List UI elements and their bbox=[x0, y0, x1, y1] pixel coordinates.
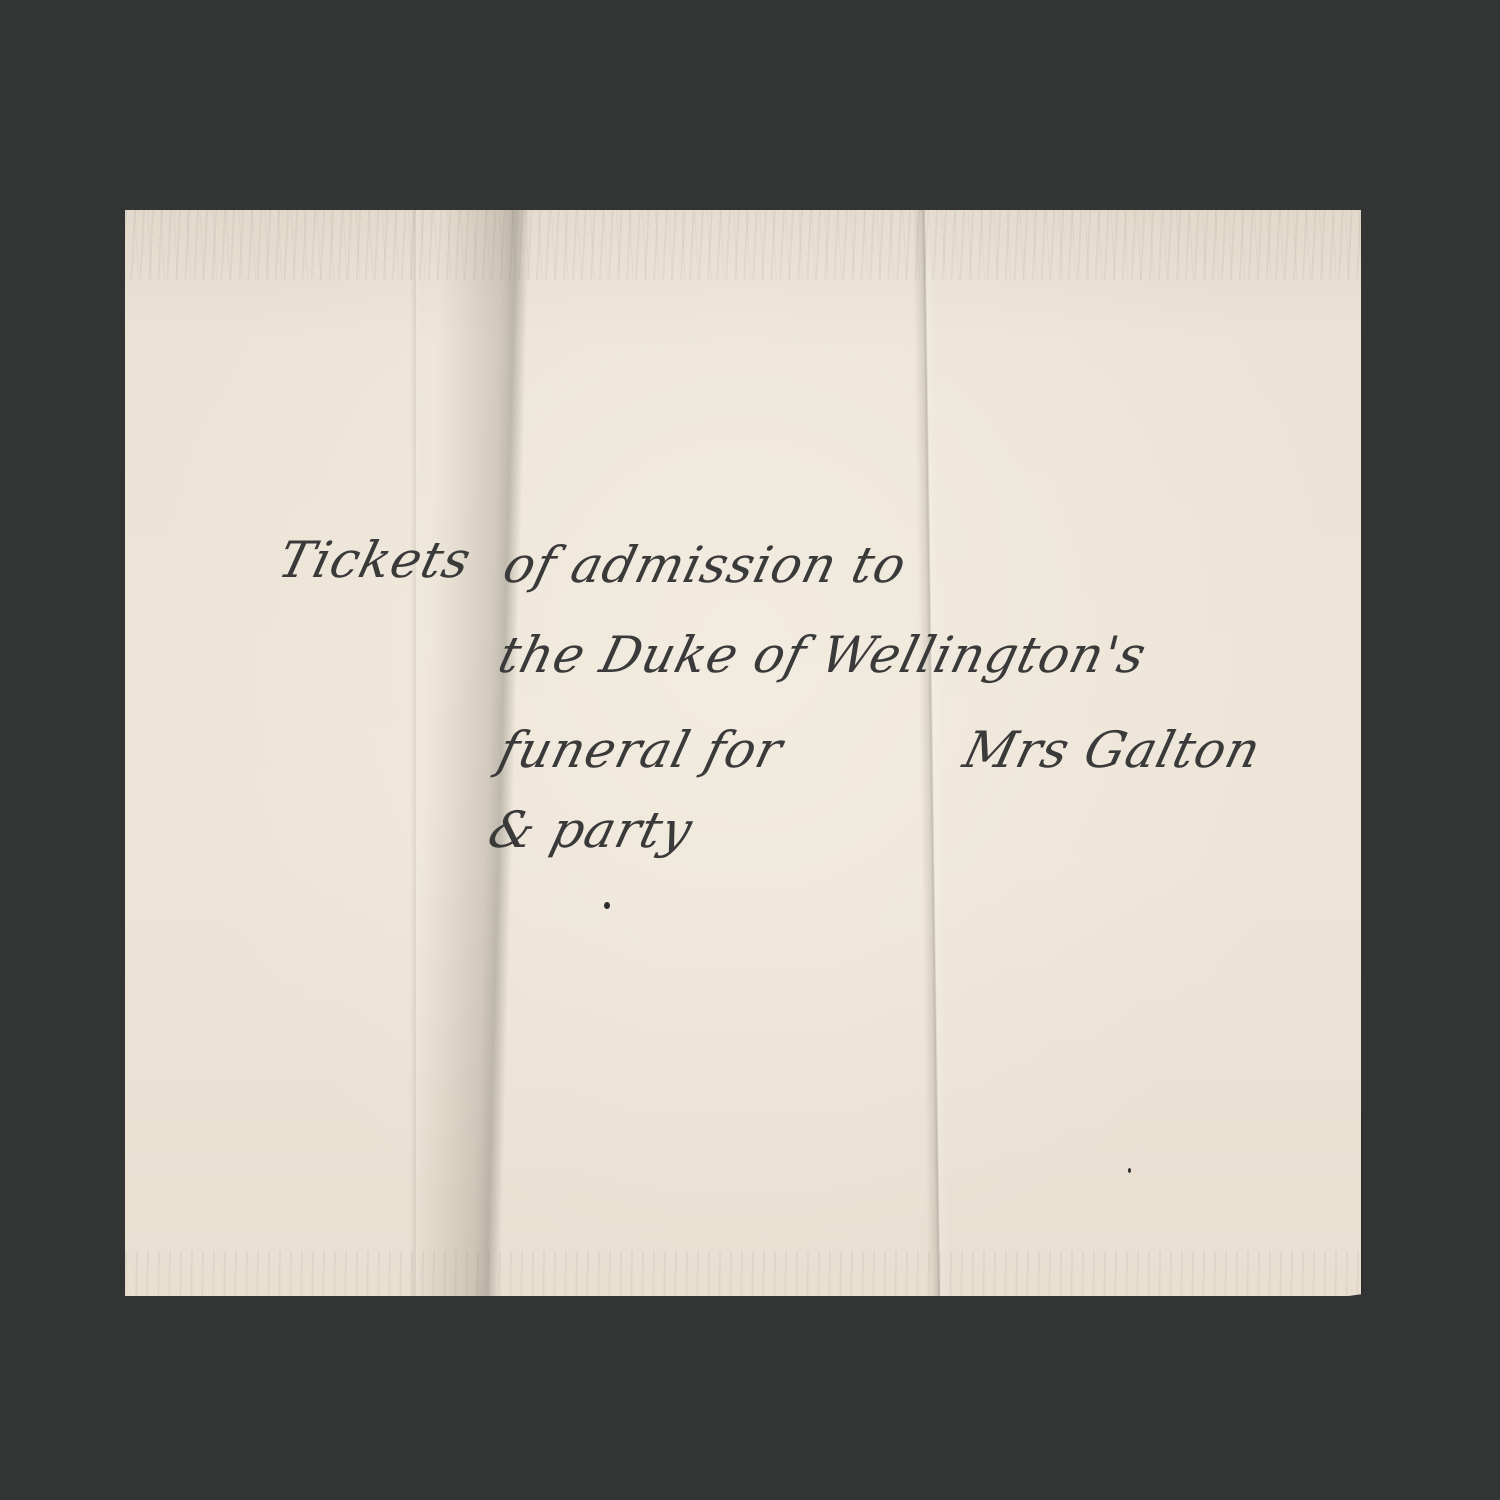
handwritten-name-galton: Mrs Galton bbox=[959, 725, 1266, 775]
paper-stain-bottom bbox=[125, 1251, 1361, 1296]
handwritten-line-admission: of admission to bbox=[499, 540, 912, 590]
handwritten-line-duke: the Duke of Wellington's bbox=[494, 630, 1152, 680]
handwritten-line-party: & party bbox=[484, 805, 698, 855]
ink-spot bbox=[604, 902, 610, 909]
handwritten-line-funeral: funeral for bbox=[494, 725, 788, 775]
paper-stain-top bbox=[125, 210, 1361, 280]
ink-spot-small bbox=[1128, 1168, 1131, 1173]
handwritten-word-tickets: Tickets bbox=[274, 535, 476, 585]
fold-crease-right bbox=[912, 210, 949, 1296]
